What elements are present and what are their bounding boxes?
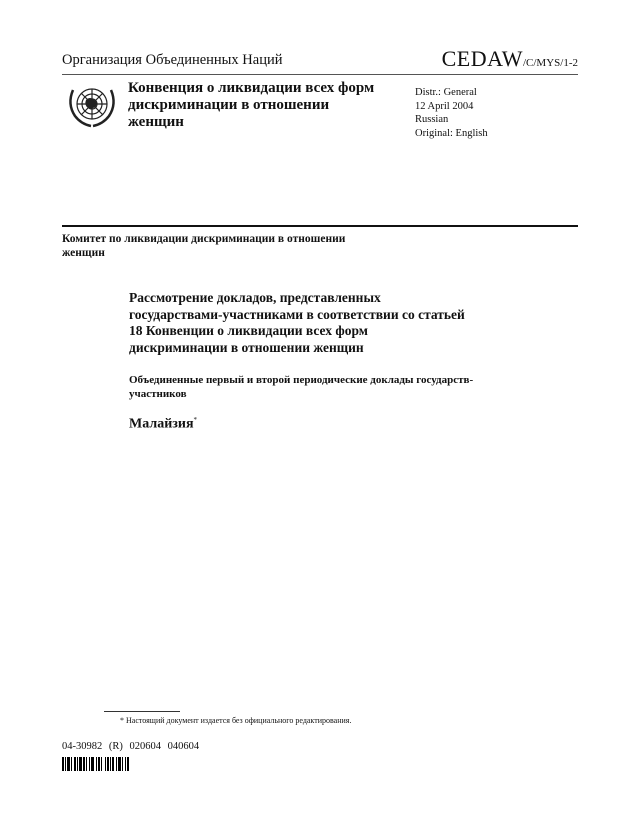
- distribution-info: Distr.: General 12 April 2004 Russian Or…: [415, 86, 488, 140]
- symbol-suffix: /C/MYS/1-2: [523, 57, 578, 69]
- committee-name: Комитет по ликвидации дискриминации в от…: [62, 232, 362, 260]
- country-heading: Малайзия*: [129, 416, 197, 433]
- job-number: 04-30982 (R) 020604 040604: [62, 741, 199, 752]
- organization-name: Организация Объединенных Наций: [62, 52, 283, 69]
- document-symbol: CEDAW/C/MYS/1-2: [442, 46, 578, 72]
- footnote-divider: [104, 711, 180, 712]
- header-divider: [62, 74, 578, 75]
- date-line: 12 April 2004: [415, 100, 488, 114]
- symbol-main: CEDAW: [442, 46, 523, 71]
- footnote-mark[interactable]: *: [194, 416, 198, 424]
- distr-line: Distr.: General: [415, 86, 488, 100]
- convention-title: Конвенция о ликвидации всех форм дискрим…: [128, 80, 388, 131]
- country-name: Малайзия: [129, 417, 194, 432]
- original-line: Original: English: [415, 127, 488, 141]
- barcode-icon: [62, 757, 172, 771]
- un-emblem-icon: [64, 80, 120, 130]
- language-line: Russian: [415, 113, 488, 127]
- footnote-text: * Настоящий документ издается без официа…: [120, 716, 351, 725]
- report-type-heading: Объединенные первый и второй периодическ…: [129, 373, 489, 401]
- section-divider: [62, 225, 578, 227]
- consideration-heading: Рассмотрение докладов, представленных го…: [129, 290, 469, 356]
